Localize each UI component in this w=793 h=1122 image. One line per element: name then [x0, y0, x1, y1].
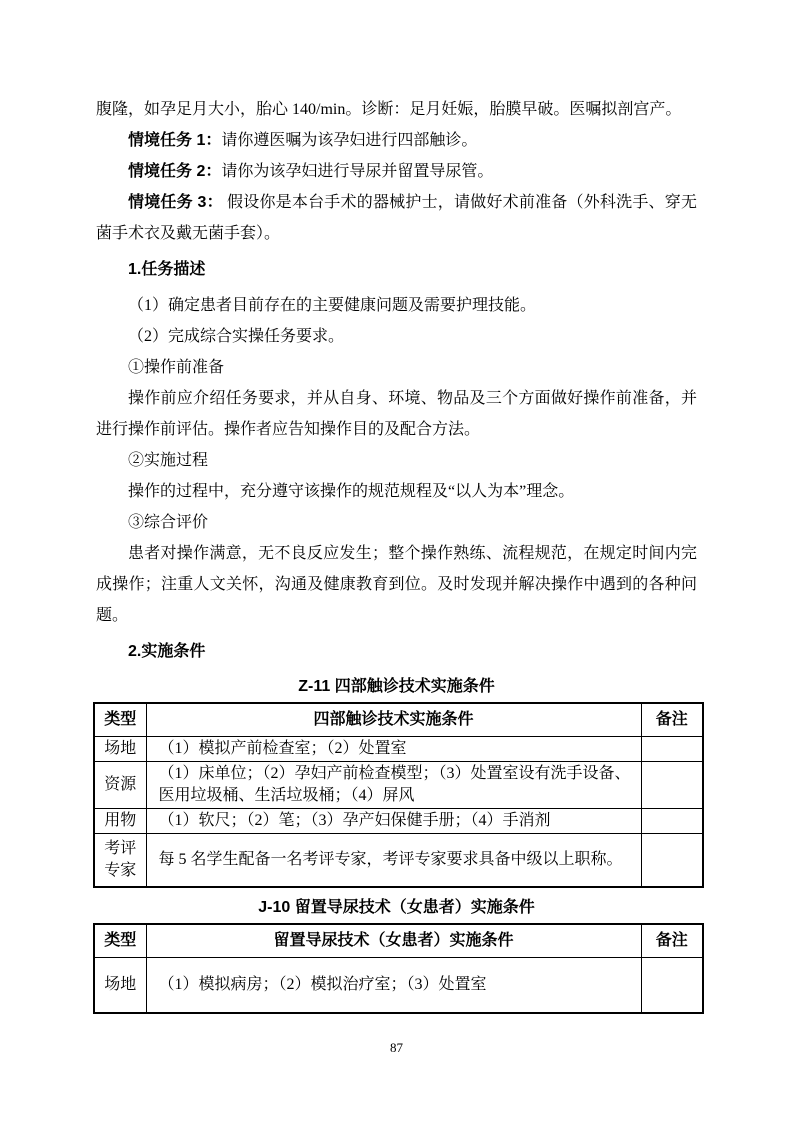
task-paragraph-3: 情境任务 3： 假设你是本台手术的器械护士，请做好术前准备（外科洗手、穿无菌手术… — [96, 187, 697, 249]
step-3-text: 患者对操作满意，无不良反应发生；整个操作熟练、流程规范，在规定时间内完成操作；注… — [96, 538, 697, 631]
header-cell-note: 备注 — [641, 703, 703, 737]
table-row: 场地 （1）模拟病房；（2）模拟治疗室；（3）处置室 — [94, 958, 703, 1014]
table-j10-header-row: 类型 留置导尿技术（女患者）实施条件 备注 — [94, 924, 703, 958]
task-3-label: 情境任务 3： — [128, 194, 223, 211]
section-1-item-2: （2）完成综合实操任务要求。 — [96, 321, 697, 352]
cell-content: （1）模拟产前检查室；（2）处置室 — [146, 737, 641, 762]
cell-type: 资源 — [94, 762, 146, 809]
page-number: 87 — [0, 1040, 793, 1056]
table-z11: 类型 四部触诊技术实施条件 备注 场地 （1）模拟产前检查室；（2）处置室 资源… — [93, 702, 704, 888]
step-2-text: 操作的过程中，充分遵守该操作的规范规程及“以人为本”理念。 — [96, 476, 697, 507]
table-j10: 类型 留置导尿技术（女患者）实施条件 备注 场地 （1）模拟病房；（2）模拟治疗… — [93, 923, 704, 1014]
cell-type: 场地 — [94, 737, 146, 762]
header-cell-condition: 留置导尿技术（女患者）实施条件 — [146, 924, 641, 958]
cell-note — [641, 809, 703, 834]
section-2-heading: 2.实施条件 — [96, 636, 697, 667]
cell-note — [641, 834, 703, 888]
cell-content: （1）床单位；（2）孕妇产前检查模型；（3）处置室设有洗手设备、医用垃圾桶、生活… — [146, 762, 641, 809]
header-cell-type: 类型 — [94, 924, 146, 958]
header-cell-condition: 四部触诊技术实施条件 — [146, 703, 641, 737]
task-2-text: 请你为该孕妇进行导尿并留置导尿管。 — [221, 163, 493, 180]
table-row: 场地 （1）模拟产前检查室；（2）处置室 — [94, 737, 703, 762]
table-row: 用物 （1）软尺；（2）笔；（3）孕产妇保健手册；（4）手消剂 — [94, 809, 703, 834]
table-z11-caption: Z-11 四部触诊技术实施条件 — [96, 675, 697, 699]
step-2-heading: ②实施过程 — [96, 445, 697, 476]
cell-content: （1）软尺；（2）笔；（3）孕产妇保健手册；（4）手消剂 — [146, 809, 641, 834]
cell-note — [641, 762, 703, 809]
document-content: 腹隆，如孕足月大小，胎心 140/min。诊断：足月妊娠，胎膜早破。医嘱拟剖宫产… — [96, 94, 697, 1014]
cell-note — [641, 737, 703, 762]
header-cell-note: 备注 — [641, 924, 703, 958]
task-1-label: 情境任务 1： — [128, 132, 221, 149]
header-cell-type: 类型 — [94, 703, 146, 737]
step-3-heading: ③综合评价 — [96, 507, 697, 538]
cell-type: 考评专家 — [94, 834, 146, 888]
cell-content: （1）模拟病房；（2）模拟治疗室；（3）处置室 — [146, 958, 641, 1014]
cell-note — [641, 958, 703, 1014]
table-j10-caption: J-10 留置导尿技术（女患者）实施条件 — [96, 896, 697, 920]
cell-type: 用物 — [94, 809, 146, 834]
table-row: 资源 （1）床单位；（2）孕妇产前检查模型；（3）处置室设有洗手设备、医用垃圾桶… — [94, 762, 703, 809]
table-z11-header-row: 类型 四部触诊技术实施条件 备注 — [94, 703, 703, 737]
cell-content: 每 5 名学生配备一名考评专家，考评专家要求具备中级以上职称。 — [146, 834, 641, 888]
table-row: 考评专家 每 5 名学生配备一名考评专家，考评专家要求具备中级以上职称。 — [94, 834, 703, 888]
step-1-heading: ①操作前准备 — [96, 352, 697, 383]
section-1-item-1: （1）确定患者目前存在的主要健康问题及需要护理技能。 — [96, 290, 697, 321]
document-page: 腹隆，如孕足月大小，胎心 140/min。诊断：足月妊娠，胎膜早破。医嘱拟剖宫产… — [0, 0, 793, 1122]
task-paragraph-1: 情境任务 1：请你遵医嘱为该孕妇进行四部触诊。 — [96, 125, 697, 156]
task-paragraph-2: 情境任务 2：请你为该孕妇进行导尿并留置导尿管。 — [96, 156, 697, 187]
task-2-label: 情境任务 2： — [128, 163, 221, 180]
cell-type: 场地 — [94, 958, 146, 1014]
task-1-text: 请你遵医嘱为该孕妇进行四部触诊。 — [221, 132, 477, 149]
step-1-text: 操作前应介绍任务要求，并从自身、环境、物品及三个方面做好操作前准备，并进行操作前… — [96, 383, 697, 445]
section-1-heading: 1.任务描述 — [96, 254, 697, 285]
intro-paragraph: 腹隆，如孕足月大小，胎心 140/min。诊断：足月妊娠，胎膜早破。医嘱拟剖宫产… — [96, 94, 697, 125]
